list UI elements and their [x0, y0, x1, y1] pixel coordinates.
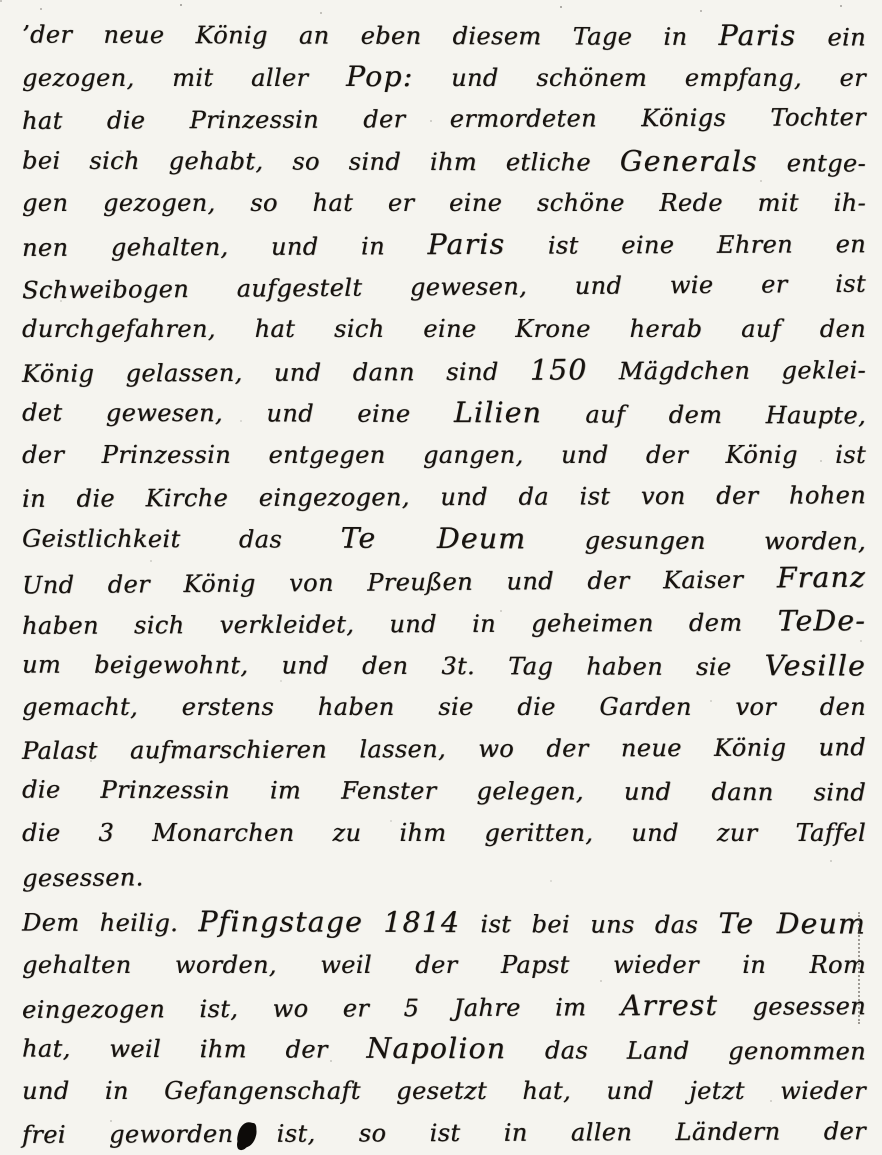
manuscript-line: bei sich gehabt, so sind ihm etliche Gen…	[22, 139, 866, 184]
manuscript-line: König gelassen, und dann sind 150 Mägdch…	[22, 348, 866, 394]
manuscript-line: die 3 Monarchen zu ihm geritten, und zur…	[22, 812, 866, 854]
manuscript-line: durchgefahren, hat sich eine Krone herab…	[22, 308, 866, 350]
manuscript-line: det gewesen, und eine Lilien auf dem Hau…	[22, 391, 866, 436]
manuscript-line: hat die Prinzessin der ermordeten Königs…	[22, 96, 866, 142]
manuscript-line: Geistlichkeit das Te Deum gesungen worde…	[22, 517, 866, 562]
manuscript-line: Und der König von Preußen und der Kaiser…	[22, 557, 866, 606]
manuscript-line: ’der neue König an eben diesem Tage in P…	[22, 13, 866, 58]
latin-script-word: Pfingstage	[198, 905, 363, 939]
manuscript-line: frei geworden ist, so ist in allen Lände…	[22, 1110, 866, 1155]
page-crease-mark	[858, 912, 860, 1024]
latin-script-word: Lilien	[454, 396, 542, 429]
manuscript-line: Dem heilig. Pfingstage 1814 ist bei uns …	[22, 901, 866, 946]
manuscript-line: und in Gefangenschaft gesetzt hat, und j…	[22, 1070, 866, 1112]
latin-script-word: Vesille	[764, 649, 866, 682]
manuscript-line: die Prinzessin im Fenster gelegen, und d…	[22, 769, 866, 814]
latin-script-word: Generals	[620, 145, 758, 178]
manuscript-line: in die Kirche eingezogen, und da ist von…	[22, 474, 866, 520]
manuscript-line: der Prinzessin entgegen gangen, und der …	[22, 434, 866, 476]
manuscript-line: Schweibogen aufgestelt gewesen, und wie …	[22, 263, 866, 312]
latin-script-word: 150	[530, 353, 588, 386]
manuscript-line: eingezogen ist, wo er 5 Jahre im Arrest …	[22, 984, 866, 1030]
manuscript-page: ’der neue König an eben diesem Tage in P…	[0, 0, 882, 1155]
latin-script-word: 1814	[383, 906, 460, 939]
manuscript-line: gezogen, mit aller Pop: und schönem empf…	[22, 56, 866, 98]
latin-script-word: Paris	[427, 228, 505, 261]
latin-script-word: TeDe-	[777, 604, 866, 637]
manuscript-line: haben sich verkleidet, und in geheimen d…	[22, 600, 866, 646]
manuscript-line: um beigewohnt, und den 3t. Tag haben sie…	[22, 643, 866, 688]
latin-script-word: Franz	[777, 561, 866, 595]
manuscript-line: gesessen.	[22, 851, 866, 900]
latin-script-word: Pop:	[346, 60, 413, 93]
latin-script-word: Paris	[718, 19, 796, 52]
paragraph-pentecost-1814: Dem heilig. Pfingstage 1814 ist bei uns …	[22, 902, 866, 1154]
latin-script-word: Arrest	[621, 989, 719, 1022]
manuscript-line: Palast aufmarschieren lassen, wo der neu…	[22, 726, 866, 772]
manuscript-line: hat, weil ihm der Napolion das Land geno…	[22, 1027, 866, 1072]
manuscript-line: gen gezogen, so hat er eine schöne Rede …	[22, 182, 866, 224]
latin-script-word: Napolion	[366, 1032, 506, 1065]
manuscript-line: gehalten worden, weil der Papst wieder i…	[22, 944, 866, 986]
manuscript-line: nen gehalten, und in Paris ist eine Ehre…	[22, 222, 866, 268]
manuscript-line: gemacht, erstens haben sie die Garden vo…	[22, 686, 866, 728]
paragraph-paris-entry: ’der neue König an eben diesem Tage in P…	[22, 14, 866, 896]
latin-script-word: Te Deum	[340, 522, 526, 556]
latin-script-word: Te Deum	[718, 907, 866, 941]
